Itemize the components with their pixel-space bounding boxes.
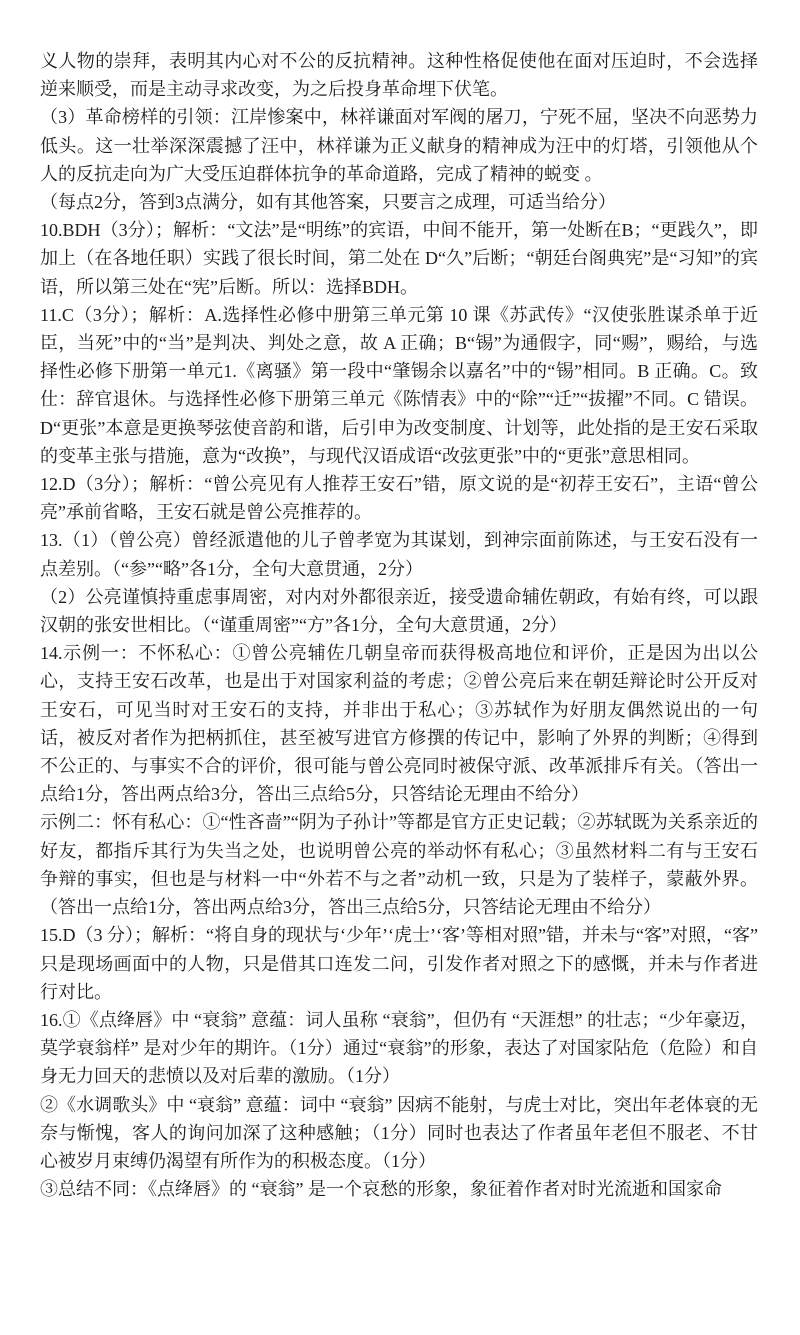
answer-14-example1: 14.示例一：不怀私心：①曾公亮辅佐几朝皇帝而获得极高地位和评价，正是因为出以公…: [40, 639, 758, 808]
essay-point3: （3）革命榜样的引领：江岸惨案中，林祥谦面对军阀的屠刀，宁死不屈，坚决不向恶势力…: [40, 103, 758, 188]
essay-scoring-note: （每点2分，答到3点满分，如有其他答案，只要言之成理，可适当给分）: [40, 188, 758, 216]
answer-12: 12.D（3分）；解析：“曾公亮见有人推荐王安石”错，原文说的是“初荐王安石”，…: [40, 470, 758, 526]
essay-point2-continuation: 义人物的崇拜，表明其内心对不公的反抗精神。这种性格促使他在面对压迫时，不会选择逆…: [40, 47, 758, 103]
answer-13-2: （2）公亮谨慎持重虑事周密，对内对外都很亲近，接受遗命辅佐朝政，有始有终，可以跟…: [40, 583, 758, 639]
answer-16-part3: ③总结不同：《点绛唇》的 “衰翁” 是一个哀愁的形象，象征着作者对时光流逝和国家…: [40, 1175, 758, 1203]
document-page: 义人物的崇拜，表明其内心对不公的反抗精神。这种性格促使他在面对压迫时，不会选择逆…: [0, 0, 800, 1335]
answer-14-example2: 示例二：怀有私心：①“性吝啬”“阴为子孙计”等都是官方正史记载；②苏轼既为关系亲…: [40, 808, 758, 921]
answer-10: 10.BDH（3分）；解析：“文法”是“明练”的宾语，中间不能开，第一处断在B；…: [40, 216, 758, 301]
answer-13-1: 13.（1）（曾公亮）曾经派遣他的儿子曾孝宽为其谋划，到神宗面前陈述，与王安石没…: [40, 526, 758, 582]
answer-15: 15.D（3 分）；解析：“将自身的现状与‘少年’‘虎士’‘客’等相对照”错，并…: [40, 921, 758, 1006]
answer-16-part1: 16.①《点绛唇》中 “衰翁” 意蕴：词人虽称 “衰翁”，但仍有 “天涯想” 的…: [40, 1006, 758, 1091]
answer-16-part2: ②《水调歌头》中 “衰翁” 意蕴：词中 “衰翁” 因病不能射，与虎士对比，突出年…: [40, 1091, 758, 1176]
answer-11: 11.C（3分）；解析：A.选择性必修中册第三单元第 10 课《苏武传》“汉使张…: [40, 301, 758, 470]
